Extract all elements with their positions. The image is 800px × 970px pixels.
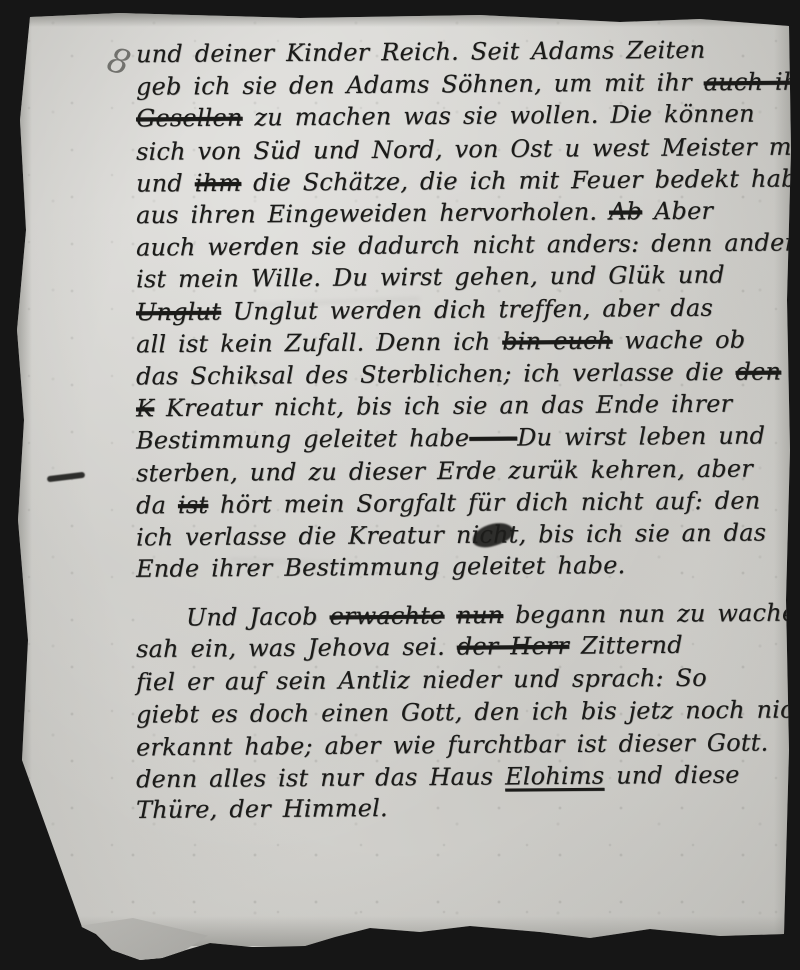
handwritten-text: Du wirst leben und [517,422,765,452]
manuscript-line: sterben, und zu dieser Erde zurük kehren… [136,454,753,487]
manuscript-line: fiel er auf sein Antliz nieder und sprac… [136,664,707,696]
manuscript-line: Thüre, der Himmel. [136,794,388,824]
struck-text: bin euch [502,326,613,355]
handwritten-text: geb ich sie den Adams Söhnen, um mit ihr [136,69,704,101]
handwritten-text: wache ob [612,325,745,354]
manuscript-line: Und Jacob erwachte nun begann nun zu wac… [186,599,800,632]
handwritten-text: denn alles ist nur das Haus [136,762,505,793]
manuscript-line: ich verlasse die Kreatur nicht, bis ich … [136,519,766,552]
struck-text: ist [178,491,208,519]
handwritten-text: Zitternd [569,631,683,660]
handwritten-text: da [136,491,178,519]
handwritten-text: auch werden sie dadurch nicht anders: de… [136,229,800,262]
struck-text: ihm [195,169,242,197]
handwritten-text [444,601,456,629]
handwritten-text: das Schiksal des Sterblichen; ich verlas… [136,358,736,391]
manuscript-line: Bestimmung geleitet habe — Du wirst lebe… [136,422,765,455]
struck-text: Gesellen [136,104,243,133]
struck-text: erwachte [329,601,444,630]
manuscript-line: denn alles ist nur das Haus Elohims und … [136,761,740,794]
handwritten-text: aus ihren Eingeweiden hervorholen. [136,198,609,230]
manuscript-line: giebt es doch einen Gott, den ich bis je… [136,696,800,729]
handwritten-text: fiel er auf sein Antliz nieder und sprac… [136,664,707,696]
struck-text: Unglut [136,297,221,326]
handwritten-text: erkannt habe; aber wie furchtbar ist die… [136,728,769,761]
handwritten-text: zu machen was sie wollen. Die können [242,100,754,132]
handwritten-text: Thüre, der Himmel. [136,794,388,824]
handwritten-text: hört mein Sorgfalt für dich nicht auf: d… [208,486,760,518]
manuscript-line: sich von Süd und Nord, von Ost u west Me… [136,132,800,166]
manuscript-line: sah ein, was Jehova sei. der Herr Zitter… [136,631,683,663]
handwritten-text: Und Jacob [186,602,330,631]
underlined-text: Elohims [505,762,604,791]
handwritten-text: Ende ihrer Bestimmung geleitet habe. [136,551,626,583]
handwritten-text: Bestimmung geleitet habe [136,424,469,455]
manuscript-line: K Kreatur nicht, bis ich sie an das Ende… [136,390,732,423]
manuscript-line: das Schiksal des Sterblichen; ich verlas… [136,357,781,390]
struck-text: den [735,357,781,385]
scan-background: 8 und deiner Kinder Reich. Seit Adams Ze… [0,0,800,970]
handwritten-text: und deiner Kinder Reich. Seit Adams Zeit… [136,36,706,68]
handwritten-text: ich verlasse die Kreatur nicht, bis ich … [136,519,766,552]
manuscript-line: Gesellen zu machen was sie wollen. Die k… [136,100,755,133]
struck-text: — [469,424,517,452]
struck-text: auch ihnen [704,67,800,96]
handwritten-text: und [136,169,195,197]
manuscript-line: da ist hört mein Sorgfalt für dich nicht… [136,486,761,519]
manuscript-line: ist mein Wille. Du wirst gehen, und Glük… [136,261,725,294]
handwritten-text: sah ein, was Jehova sei. [136,633,457,664]
manuscript-line: aus ihren Eingeweiden hervorholen. Ab Ab… [136,197,713,230]
manuscript-line: erkannt habe; aber wie furchtbar ist die… [136,728,769,761]
struck-text: der Herr [457,632,570,661]
handwritten-text: die Schätze, die ich mit Feuer bedekt ha… [241,164,800,196]
handwritten-text: ist mein Wille. Du wirst gehen, und Glük… [136,261,725,294]
manuscript-page: 8 und deiner Kinder Reich. Seit Adams Ze… [0,0,800,970]
struck-text: Ab [609,197,642,225]
manuscript-lines: und deiner Kinder Reich. Seit Adams Zeit… [0,0,800,970]
handwritten-text: begann nun zu wachen, [503,599,800,629]
manuscript-line: geb ich sie den Adams Söhnen, um mit ihr… [136,67,800,101]
handwritten-text: Kreatur nicht, bis ich sie an das Ende i… [154,390,732,423]
manuscript-line: und deiner Kinder Reich. Seit Adams Zeit… [136,36,706,68]
manuscript-line: und ihm die Schätze, die ich mit Feuer b… [136,164,800,197]
manuscript-line: auch werden sie dadurch nicht anders: de… [136,229,800,262]
manuscript-line: Ende ihrer Bestimmung geleitet habe. [136,551,626,583]
manuscript-line: all ist kein Zufall. Denn ich bin euch w… [136,325,746,358]
handwritten-text: sich von Süd und Nord, von Ost u west Me… [136,132,800,166]
manuscript-line: Unglut Unglut werden dich treffen, aber … [136,293,713,326]
struck-text: nun [456,601,503,629]
handwritten-text: giebt es doch einen Gott, den ich bis je… [136,696,800,729]
handwritten-text: Aber [642,197,713,226]
handwritten-text: und diese [604,761,740,790]
handwritten-text: all ist kein Zufall. Denn ich [136,327,502,358]
struck-text: K [136,394,154,422]
handwritten-text: sterben, und zu dieser Erde zurük kehren… [136,454,753,487]
handwritten-text: Unglut werden dich treffen, aber das [221,293,713,325]
